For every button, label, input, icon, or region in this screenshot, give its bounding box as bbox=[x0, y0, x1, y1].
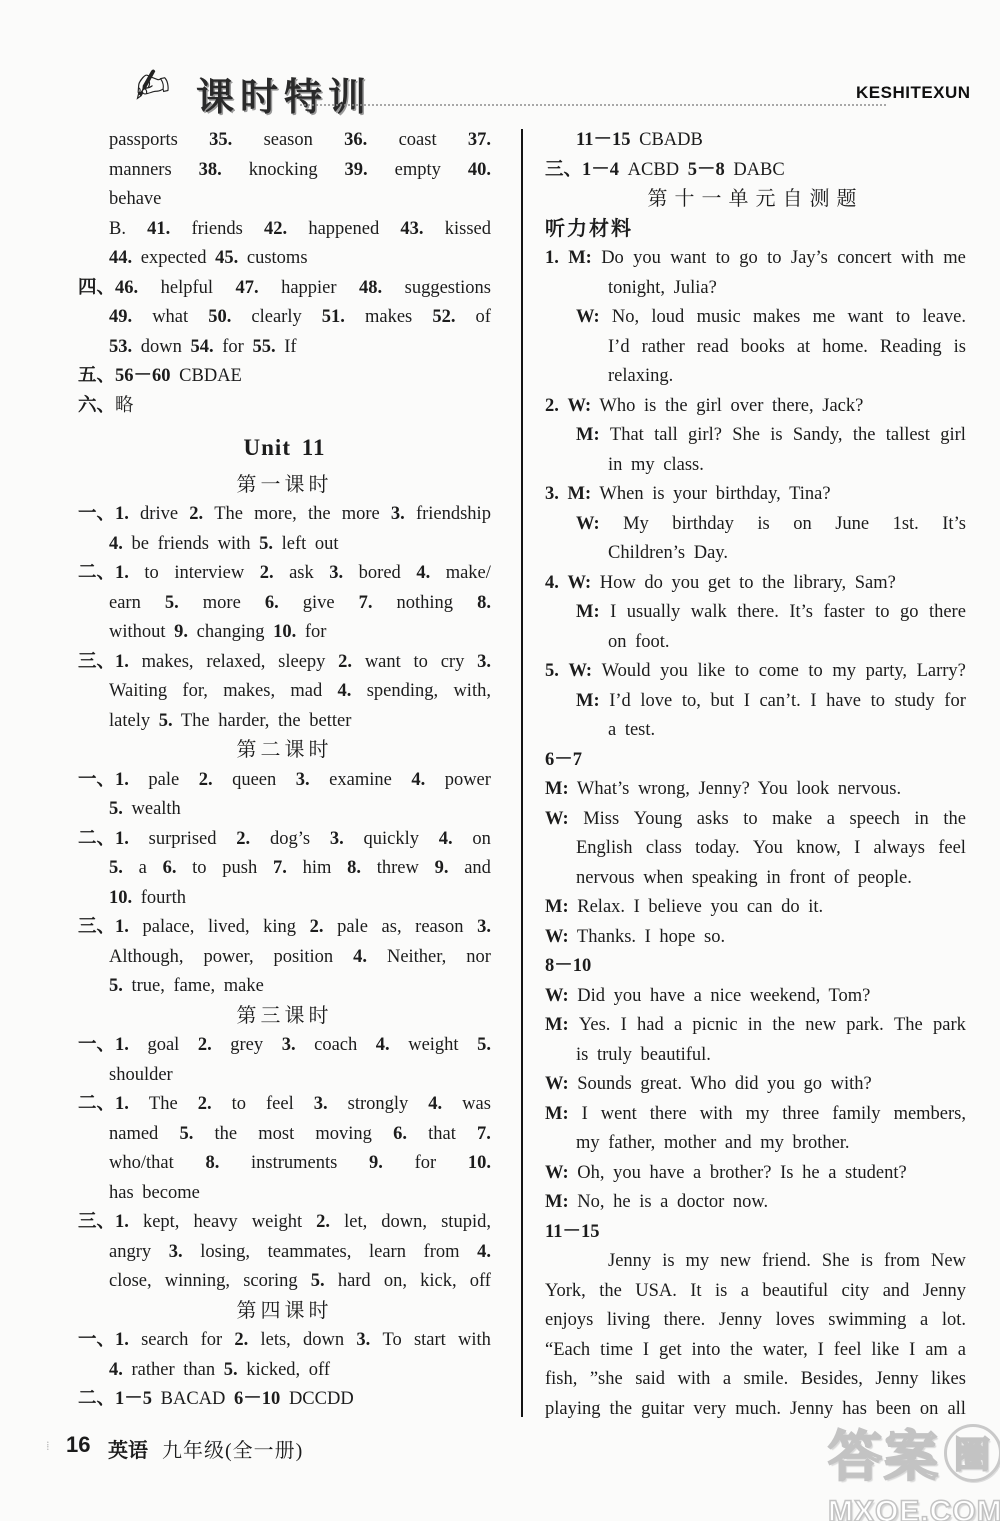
text-line: 5.a6.topush7.him8.threw9.and bbox=[78, 854, 491, 884]
brand-title: 课时特训 bbox=[196, 66, 372, 121]
text-line: M:Yes.Ihadapicnicinthenewpark.Thepark bbox=[545, 1011, 966, 1041]
text-line: 49.what50.clearly51.makes52.of bbox=[78, 303, 491, 333]
book-grade: 九年级(全一册) bbox=[162, 1434, 303, 1463]
text-line: fish,”shesaidwithasmile.Besides,Jennylik… bbox=[545, 1365, 966, 1395]
text-line: 二、1.The2.tofeel3.strongly4.was bbox=[78, 1090, 491, 1120]
text-line: nervous when speaking in front of people… bbox=[545, 864, 966, 894]
text-line: 六、略 bbox=[78, 392, 491, 422]
text-line: W:No,loudmusicmakesmewanttoleave. bbox=[545, 303, 966, 333]
text-line: W: Sounds great. Who did you go with? bbox=[545, 1070, 966, 1100]
text-line: my father, mother and my brother. bbox=[545, 1129, 966, 1159]
text-line: W: Oh, you have a brother? Is he a stude… bbox=[545, 1159, 966, 1189]
text-line: Englishclasstoday.Youknow,Ialwaysfeel bbox=[545, 834, 966, 864]
text-line: W:MissYoungaskstomakeaspeechinthe bbox=[545, 805, 966, 835]
watermark: 答案 圈 MXQE.COM bbox=[828, 1414, 1000, 1521]
text-line: 二、1－5 BACAD 6－10 DCCDD bbox=[78, 1385, 491, 1415]
text-line: has become bbox=[78, 1179, 491, 1209]
unit-heading: Unit 11 bbox=[78, 433, 491, 463]
left-column: passports35.season36.coast37.manners38.k… bbox=[78, 126, 491, 1415]
text-line: 一、1.drive2.Themore,themore3.friendship bbox=[78, 500, 491, 530]
text-line: 三、1.palace,lived,king2.paleas,reason3. bbox=[78, 913, 491, 943]
text-line: angry3.losing,teammates,learnfrom4. bbox=[78, 1238, 491, 1268]
text-line: M: What’s wrong, Jenny? You look nervous… bbox=[545, 775, 966, 805]
listening-material-label: 听力材料 bbox=[545, 215, 966, 245]
text-line: Although,power,position4.Neither,nor bbox=[78, 943, 491, 973]
text-line: relaxing. bbox=[545, 362, 966, 392]
text-line: M:Iusuallywalkthere.It’sfastertogothere bbox=[545, 598, 966, 628]
text-line: M:Thattallgirl?SheisSandy,thetallestgirl bbox=[545, 421, 966, 451]
column-divider bbox=[521, 129, 523, 1417]
section-heading: 第三课时 bbox=[78, 1002, 491, 1032]
text-line: I’dratherreadbooksathome.Readingis bbox=[545, 333, 966, 363]
section-heading: 第一课时 bbox=[78, 471, 491, 501]
text-line: without 9. changing 10. for bbox=[78, 618, 491, 648]
text-line: 三、1.kept,heavyweight2.let,down,stupid, bbox=[78, 1208, 491, 1238]
text-line: 10. fourth bbox=[78, 884, 491, 914]
brand-romanized: KESHITEXUN bbox=[856, 83, 971, 103]
text-line: who/that8.instruments9.for10. bbox=[78, 1149, 491, 1179]
text-line: 三、1.makes,relaxed,sleepy2.wanttocry3. bbox=[78, 648, 491, 678]
text-line: a test. bbox=[545, 716, 966, 746]
text-line: M:Iwenttherewithmythreefamilymembers, bbox=[545, 1100, 966, 1130]
pencil-icon: ✍ bbox=[128, 57, 175, 115]
text-line: Children’s Day. bbox=[545, 539, 966, 569]
text-line: 53. down 54. for 55. If bbox=[78, 333, 491, 363]
text-line: 5. true, fame, make bbox=[78, 972, 491, 1002]
text-line: 一、1.goal2.grey3.coach4.weight5. bbox=[78, 1031, 491, 1061]
text-line: passports35.season36.coast37. bbox=[78, 126, 491, 156]
text-line: W: Did you have a nice weekend, Tom? bbox=[545, 982, 966, 1012]
text-line: 4. rather than 5. kicked, off bbox=[78, 1356, 491, 1386]
text-line: 5.W:Wouldyouliketocometomyparty,Larry? bbox=[545, 657, 966, 687]
text-line: behave bbox=[78, 185, 491, 215]
text-line: 一、1.searchfor2.lets,down3.Tostartwith bbox=[78, 1326, 491, 1356]
watermark-site: MXQE.COM bbox=[828, 1495, 1000, 1521]
text-line: 11－15 bbox=[545, 1218, 966, 1248]
watermark-circled-char: 圈 bbox=[944, 1424, 1000, 1482]
text-line: 5. wealth bbox=[78, 795, 491, 825]
text-line: M: No, he is a doctor now. bbox=[545, 1188, 966, 1218]
text-line: manners38.knocking39.empty40. bbox=[78, 156, 491, 186]
text-line: 11－15 CBADB bbox=[545, 126, 966, 156]
text-line: York,theUSA.ItisabeautifulcityandJenny bbox=[545, 1277, 966, 1307]
text-line: 4. be friends with 5. left out bbox=[78, 530, 491, 560]
right-column: 11－15 CBADB三、1－4 ACBD 5－8 DABC第十一单元自测题听力… bbox=[545, 126, 966, 1424]
section-heading: 第十一单元自测题 bbox=[545, 185, 966, 215]
section-heading: 第二课时 bbox=[78, 736, 491, 766]
section-heading: 第四课时 bbox=[78, 1297, 491, 1327]
text-line: named5.themostmoving6.that7. bbox=[78, 1120, 491, 1150]
text-line: 四、46.helpful47.happier48.suggestions bbox=[78, 274, 491, 304]
watermark-cn: 答案 圈 bbox=[828, 1414, 1000, 1491]
text-line: 二、1.surprised2.dog’s3.quickly4.on bbox=[78, 825, 491, 855]
text-line: 4. W: How do you get to the library, Sam… bbox=[545, 569, 966, 599]
page-header: ✍ 课时特训 KESHITEXUN bbox=[0, 0, 1000, 125]
text-line: 3. M: When is your birthday, Tina? bbox=[545, 480, 966, 510]
text-line: lately 5. The harder, the better bbox=[78, 707, 491, 737]
page-number: 16 bbox=[66, 1432, 90, 1458]
book-subject: 英语 bbox=[108, 1434, 148, 1463]
text-line: 2. W: Who is the girl over there, Jack? bbox=[545, 392, 966, 422]
text-line: Jennyismynewfriend.SheisfromNew bbox=[545, 1247, 966, 1277]
text-line: 一、1.pale2.queen3.examine4.power bbox=[78, 766, 491, 796]
text-line: in my class. bbox=[545, 451, 966, 481]
text-line: M: Relax. I believe you can do it. bbox=[545, 893, 966, 923]
page-edge-mark: ⁞ bbox=[46, 1438, 48, 1454]
watermark-text: 答案 bbox=[828, 1414, 940, 1491]
text-line: W: Thanks. I hope so. bbox=[545, 923, 966, 953]
header-dotted-rule bbox=[300, 104, 886, 106]
text-line: is truly beautiful. bbox=[545, 1041, 966, 1071]
text-line: 二、1.tointerview2.ask3.bored4.make/ bbox=[78, 559, 491, 589]
text-line: “EachtimeIgetintothewater,IfeellikeIama bbox=[545, 1336, 966, 1366]
text-line: 6－7 bbox=[545, 746, 966, 776]
text-line: on foot. bbox=[545, 628, 966, 658]
text-line: enjoyslivingthere.Jennylovesswimmingalot… bbox=[545, 1306, 966, 1336]
text-line: 1.M:DoyouwanttogotoJay’sconcertwithme bbox=[545, 244, 966, 274]
text-line: B.41.friends42.happened43.kissed bbox=[78, 215, 491, 245]
text-line: earn5.more6.give7.nothing8. bbox=[78, 589, 491, 619]
text-line: shoulder bbox=[78, 1061, 491, 1091]
text-line: 44. expected 45. customs bbox=[78, 244, 491, 274]
text-line: close,winning,scoring5.hardon,kick,off bbox=[78, 1267, 491, 1297]
text-line: 8－10 bbox=[545, 952, 966, 982]
text-line: W:MybirthdayisonJune1st.It’s bbox=[545, 510, 966, 540]
text-line: 五、56－60 CBDAE bbox=[78, 362, 491, 392]
text-line: Waitingfor,makes,mad4.spending,with, bbox=[78, 677, 491, 707]
text-line: 三、1－4 ACBD 5－8 DABC bbox=[545, 156, 966, 186]
text-line: tonight, Julia? bbox=[545, 274, 966, 304]
text-line: M:I’dloveto,butIcan’t.Ihavetostudyfor bbox=[545, 687, 966, 717]
